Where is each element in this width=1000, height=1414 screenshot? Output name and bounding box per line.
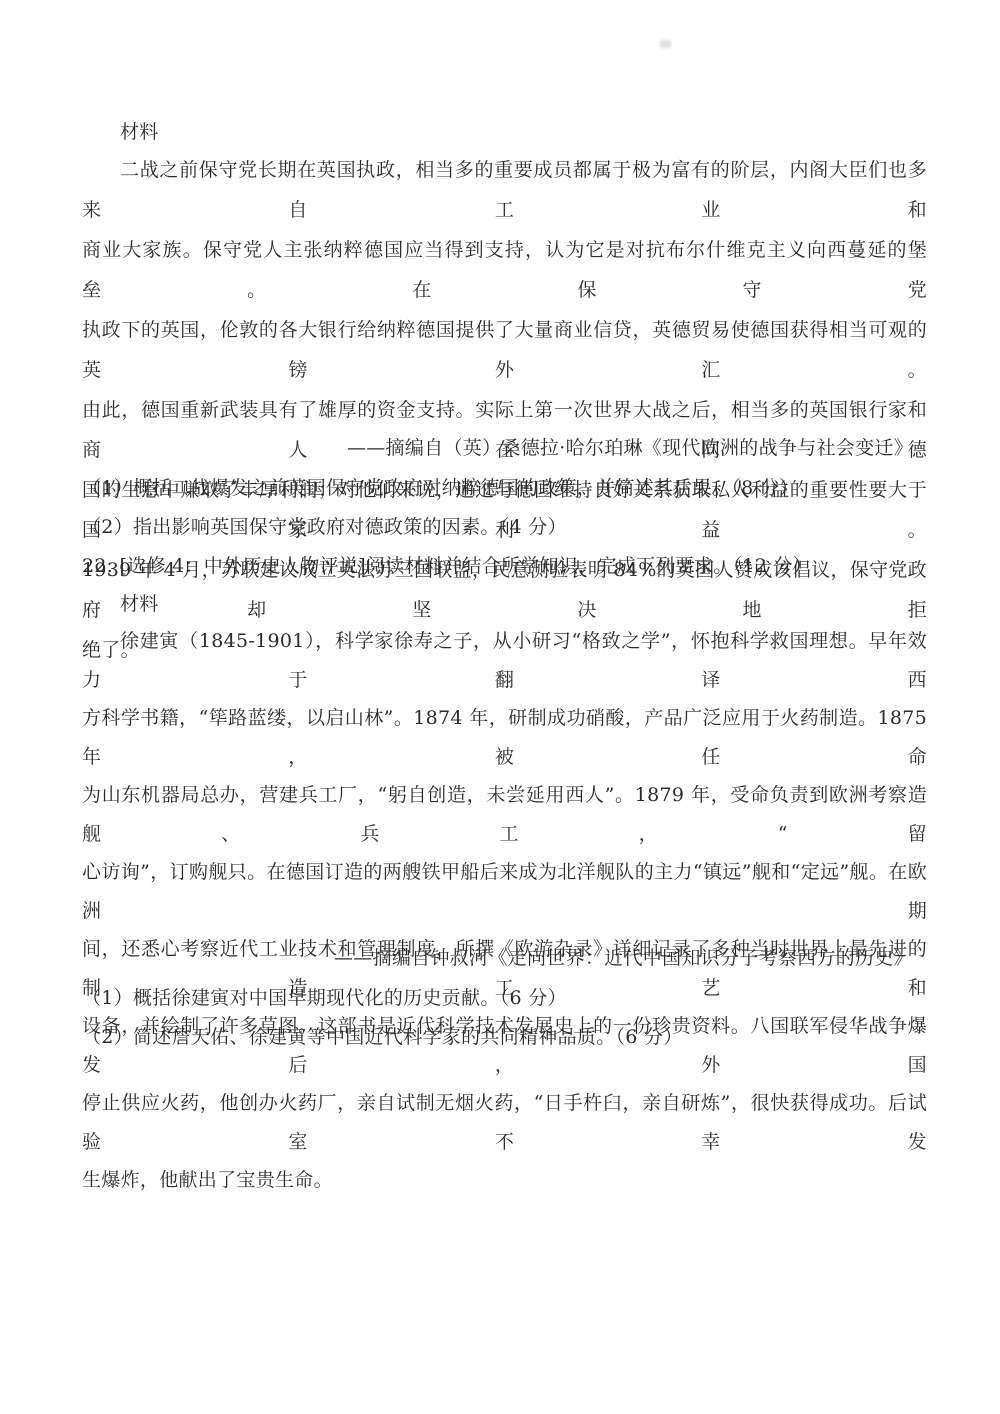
question-22-part-2: （2）简述詹天佑、徐建寅等中国近代科学家的共同精神品质。（6 分） (82, 1017, 927, 1057)
question-21-part-1: （1）概括二战爆发之前英国保守党政府对纳粹德国的政策，并简述其后果。（8 分） (82, 468, 927, 508)
paragraph-line: 生爆炸，他献出了宝贵生命。 (82, 1161, 927, 1200)
exam-paper-page: 材料 二战之前保守党长期在英国执政，相当多的重要成员都属于极为富有的阶层，内阁大… (0, 0, 1000, 1414)
question-22-part-1: （1）概括徐建寅对中国早期现代化的历史贡献。（6 分） (82, 978, 927, 1018)
material-label-q22: 材料 (82, 584, 927, 624)
paragraph-line: 方科学书籍，“筚路蓝缕，以启山林”。1874 年，研制成功硝酸，产品广泛应用于火… (82, 699, 927, 776)
source-citation-q21: ——摘编自（英）桑德拉·哈尔珀琳《现代欧洲的战争与社会变迁》 (82, 428, 927, 468)
paragraph-line: 徐建寅（1845-1901），科学家徐寿之子，从小研习“格致之学”，怀抱科学救国… (82, 622, 927, 699)
paragraph-line: 心访询”，订购舰只。在德国订造的两艘铁甲船后来成为北洋舰队的主力“镇远”舰和“定… (82, 853, 927, 930)
question-22-heading: 22. [选修 4：中外历史人物评说]阅读材料并结合所学知识，完成下列要求。（1… (82, 546, 927, 586)
paragraph-line: 商业大家族。保守党人主张纳粹德国应当得到支持，认为它是对抗布尔什维克主义向西蔓延… (82, 230, 927, 310)
paragraph-line: 执政下的英国，伦敦的各大银行给纳粹德国提供了大量商业信贷，英德贸易使德国获得相当… (82, 310, 927, 390)
material-label-q21: 材料 (82, 112, 927, 152)
paragraph-line: 停止供应火药，他创办火药厂，亲自试制无烟火药，“日手杵臼，亲自研炼”，很快获得成… (82, 1084, 927, 1161)
question-21-part-2: （2）指出影响英国保守党政府对德政策的因素。（4 分） (82, 507, 927, 547)
scan-smudge-artifact (660, 40, 671, 48)
material-paragraph-q22: 徐建寅（1845-1901），科学家徐寿之子，从小研习“格致之学”，怀抱科学救国… (82, 622, 927, 1200)
paragraph-line: 为山东机器局总办，营建兵工厂，“躬自创造，未尝延用西人”。1879 年，受命负责… (82, 776, 927, 853)
paragraph-line: 二战之前保守党长期在英国执政，相当多的重要成员都属于极为富有的阶层，内阁大臣们也… (82, 150, 927, 230)
source-citation-q22: ——摘编自钟叔河《走向世界：近代中国知识分子考察西方的历史》 (82, 938, 927, 978)
